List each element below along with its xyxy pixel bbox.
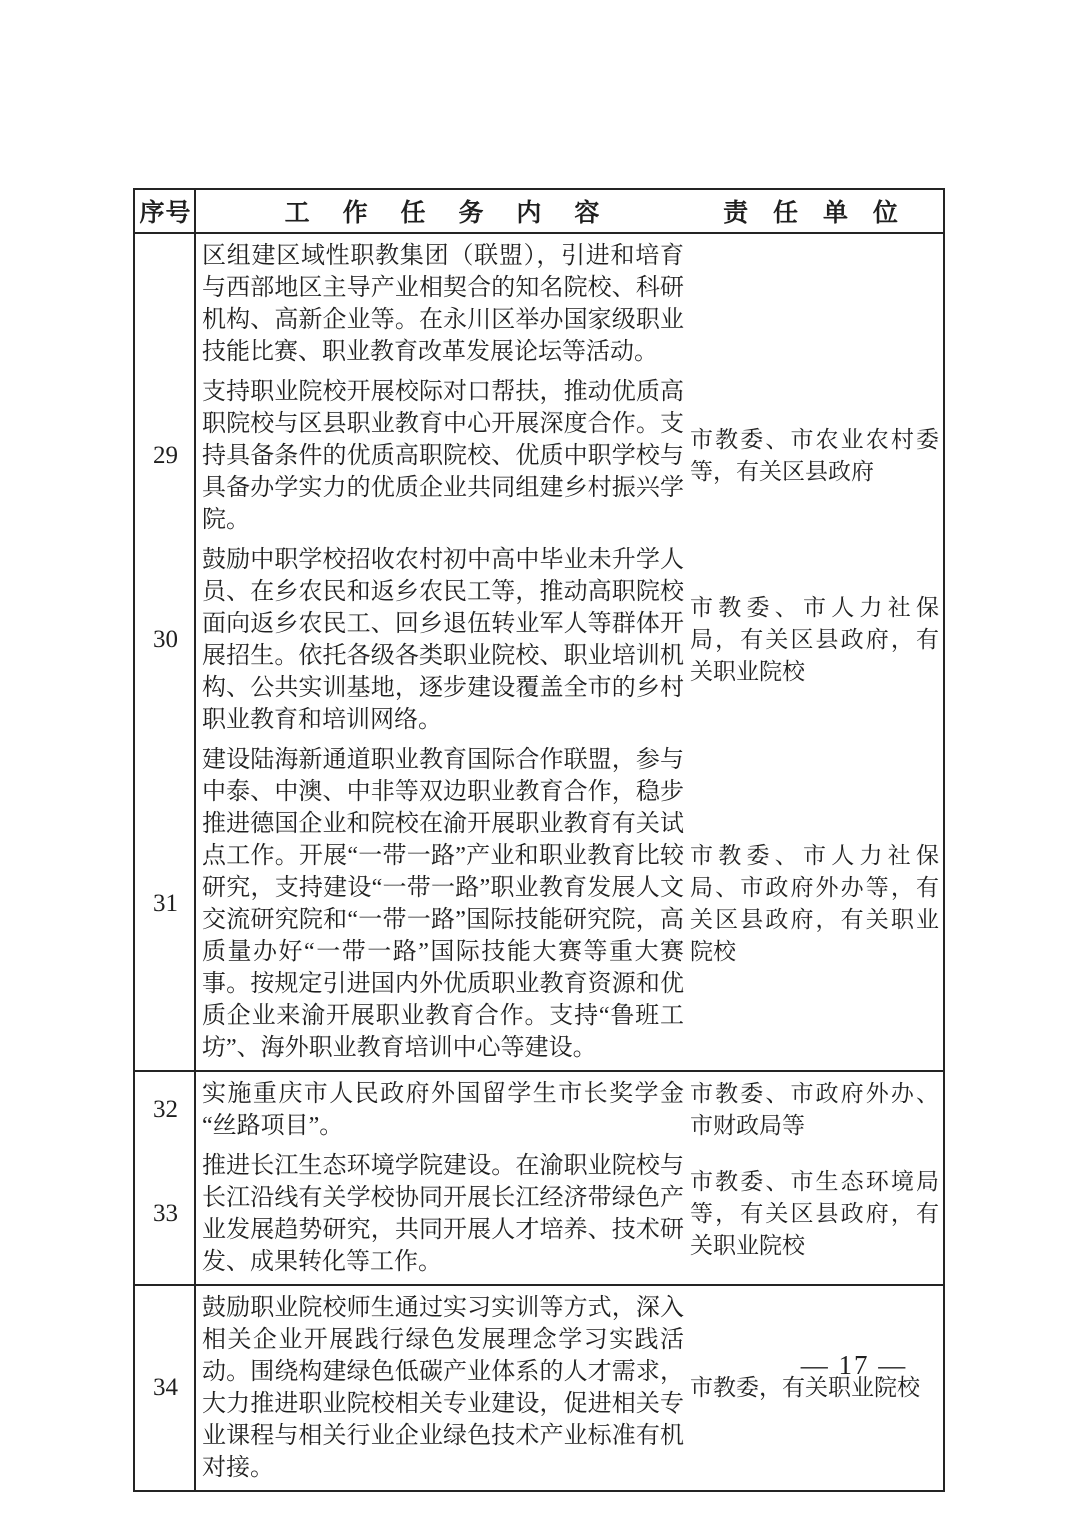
responsibility-text: 市教委、市生态环境局等，有关区县政府，有关职业院校 xyxy=(690,1166,939,1262)
responsibility-text: 市教委、市人力社保局、市政府外办等，有关区县政府，有关职业院校 xyxy=(690,840,939,968)
row-index: 33 xyxy=(135,1150,196,1278)
row-index: 31 xyxy=(135,744,196,1064)
table-row: 30 鼓励中职学校招收农村初中高中毕业未升学人员、在乡农民和返乡农民工等，推动高… xyxy=(135,540,943,740)
page-number: — 17 — xyxy=(770,1350,938,1381)
table-row: 33 推进长江生态环境学院建设。在渝职业院校与长江沿线有关学校协同开展长江经济带… xyxy=(135,1146,943,1282)
task-text: 鼓励中职学校招收农村初中高中毕业未升学人员、在乡农民和返乡农民工等，推动高职院校… xyxy=(202,544,684,736)
task-text: 建设陆海新通道职业教育国际合作联盟，参与中泰、中澳、中非等双边职业教育合作，稳步… xyxy=(202,744,684,1064)
index-column-divider xyxy=(194,190,196,1490)
task-text: 鼓励职业院校师生通过实习实训等方式，深入相关企业开展践行绿色发展理念学习实践活动… xyxy=(202,1292,684,1484)
row-index: 29 xyxy=(135,376,196,536)
table-section: 区组建区域性职教集团（联盟），引进和培育与西部地区主导产业相契合的知名院校、科研… xyxy=(135,234,943,1072)
document-page: { "colors": { "background": "#ffffff", "… xyxy=(0,0,1074,1520)
task-text: 实施重庆市人民政府外国留学生市长奖学金“丝路项目”。 xyxy=(202,1078,684,1142)
responsibility-text: 市教委、市农业农村委等，有关区县政府 xyxy=(690,424,939,488)
header-index: 序号 xyxy=(135,190,196,232)
table-row: 34 鼓励职业院校师生通过实习实训等方式，深入相关企业开展践行绿色发展理念学习实… xyxy=(135,1288,943,1488)
row-index xyxy=(135,240,196,368)
table-section: 32 实施重庆市人民政府外国留学生市长奖学金“丝路项目”。 市教委、市政府外办、… xyxy=(135,1072,943,1286)
work-tasks-table: 序号 工 作 任 务 内 容 责 任 单 位 区组建区域性职教集团（联盟），引进… xyxy=(133,188,945,1492)
row-index: 32 xyxy=(135,1078,196,1142)
header-task: 工 作 任 务 内 容 xyxy=(202,193,684,229)
table-row: 29 支持职业院校开展校际对口帮扶，推动优质高职院校与区县职业教育中心开展深度合… xyxy=(135,372,943,540)
task-text: 支持职业院校开展校际对口帮扶，推动优质高职院校与区县职业教育中心开展深度合作。支… xyxy=(202,376,684,536)
header-body: 工 作 任 务 内 容 责 任 单 位 xyxy=(196,190,943,232)
responsibility-text: 市教委、市人力社保局，有关区县政府，有关职业院校 xyxy=(690,592,939,688)
table-row: 32 实施重庆市人民政府外国留学生市长奖学金“丝路项目”。 市教委、市政府外办、… xyxy=(135,1074,943,1146)
task-text: 区组建区域性职教集团（联盟），引进和培育与西部地区主导产业相契合的知名院校、科研… xyxy=(202,240,684,368)
header-responsibility: 责 任 单 位 xyxy=(684,193,939,229)
table-row: 31 建设陆海新通道职业教育国际合作联盟，参与中泰、中澳、中非等双边职业教育合作… xyxy=(135,740,943,1068)
task-text: 推进长江生态环境学院建设。在渝职业院校与长江沿线有关学校协同开展长江经济带绿色产… xyxy=(202,1150,684,1278)
responsibility-text: 市教委、市政府外办、市财政局等 xyxy=(690,1078,939,1142)
table-section: 34 鼓励职业院校师生通过实习实训等方式，深入相关企业开展践行绿色发展理念学习实… xyxy=(135,1286,943,1490)
row-index: 34 xyxy=(135,1292,196,1484)
table-row: 区组建区域性职教集团（联盟），引进和培育与西部地区主导产业相契合的知名院校、科研… xyxy=(135,236,943,372)
row-index: 30 xyxy=(135,544,196,736)
table-header: 序号 工 作 任 务 内 容 责 任 单 位 xyxy=(135,190,943,234)
